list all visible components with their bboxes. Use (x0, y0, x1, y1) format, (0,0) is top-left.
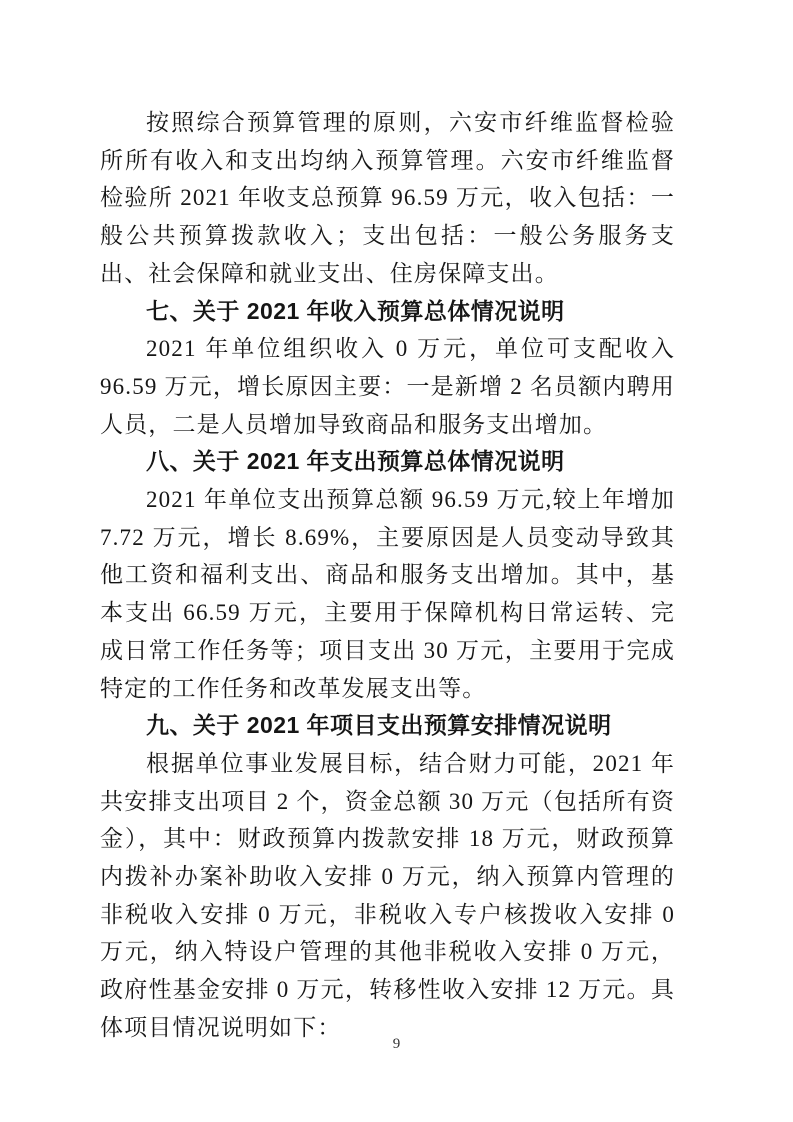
paragraph-budget-overview: 按照综合预算管理的原则，六安市纤维监督检验所所有收入和支出均纳入预算管理。六安市… (100, 104, 675, 293)
section-heading-7-income-budget: 七、关于 2021 年收入预算总体情况说明 (100, 293, 675, 331)
paragraph-expense-budget-detail: 2021 年单位支出预算总额 96.59 万元,较上年增加 7.72 万元，增长… (100, 481, 675, 707)
section-heading-9-project-budget: 九、关于 2021 年项目支出预算安排情况说明 (100, 707, 675, 745)
document-body: 按照综合预算管理的原则，六安市纤维监督检验所所有收入和支出均纳入预算管理。六安市… (100, 104, 675, 1047)
document-page: 按照综合预算管理的原则，六安市纤维监督检验所所有收入和支出均纳入预算管理。六安市… (0, 0, 793, 1122)
page-number: 9 (0, 1036, 793, 1053)
paragraph-project-budget-detail: 根据单位事业发展目标，结合财力可能，2021 年共安排支出项目 2 个，资金总额… (100, 745, 675, 1047)
section-heading-8-expense-budget: 八、关于 2021 年支出预算总体情况说明 (100, 443, 675, 481)
paragraph-income-budget-detail: 2021 年单位组织收入 0 万元，单位可支配收入 96.59 万元，增长原因主… (100, 330, 675, 443)
